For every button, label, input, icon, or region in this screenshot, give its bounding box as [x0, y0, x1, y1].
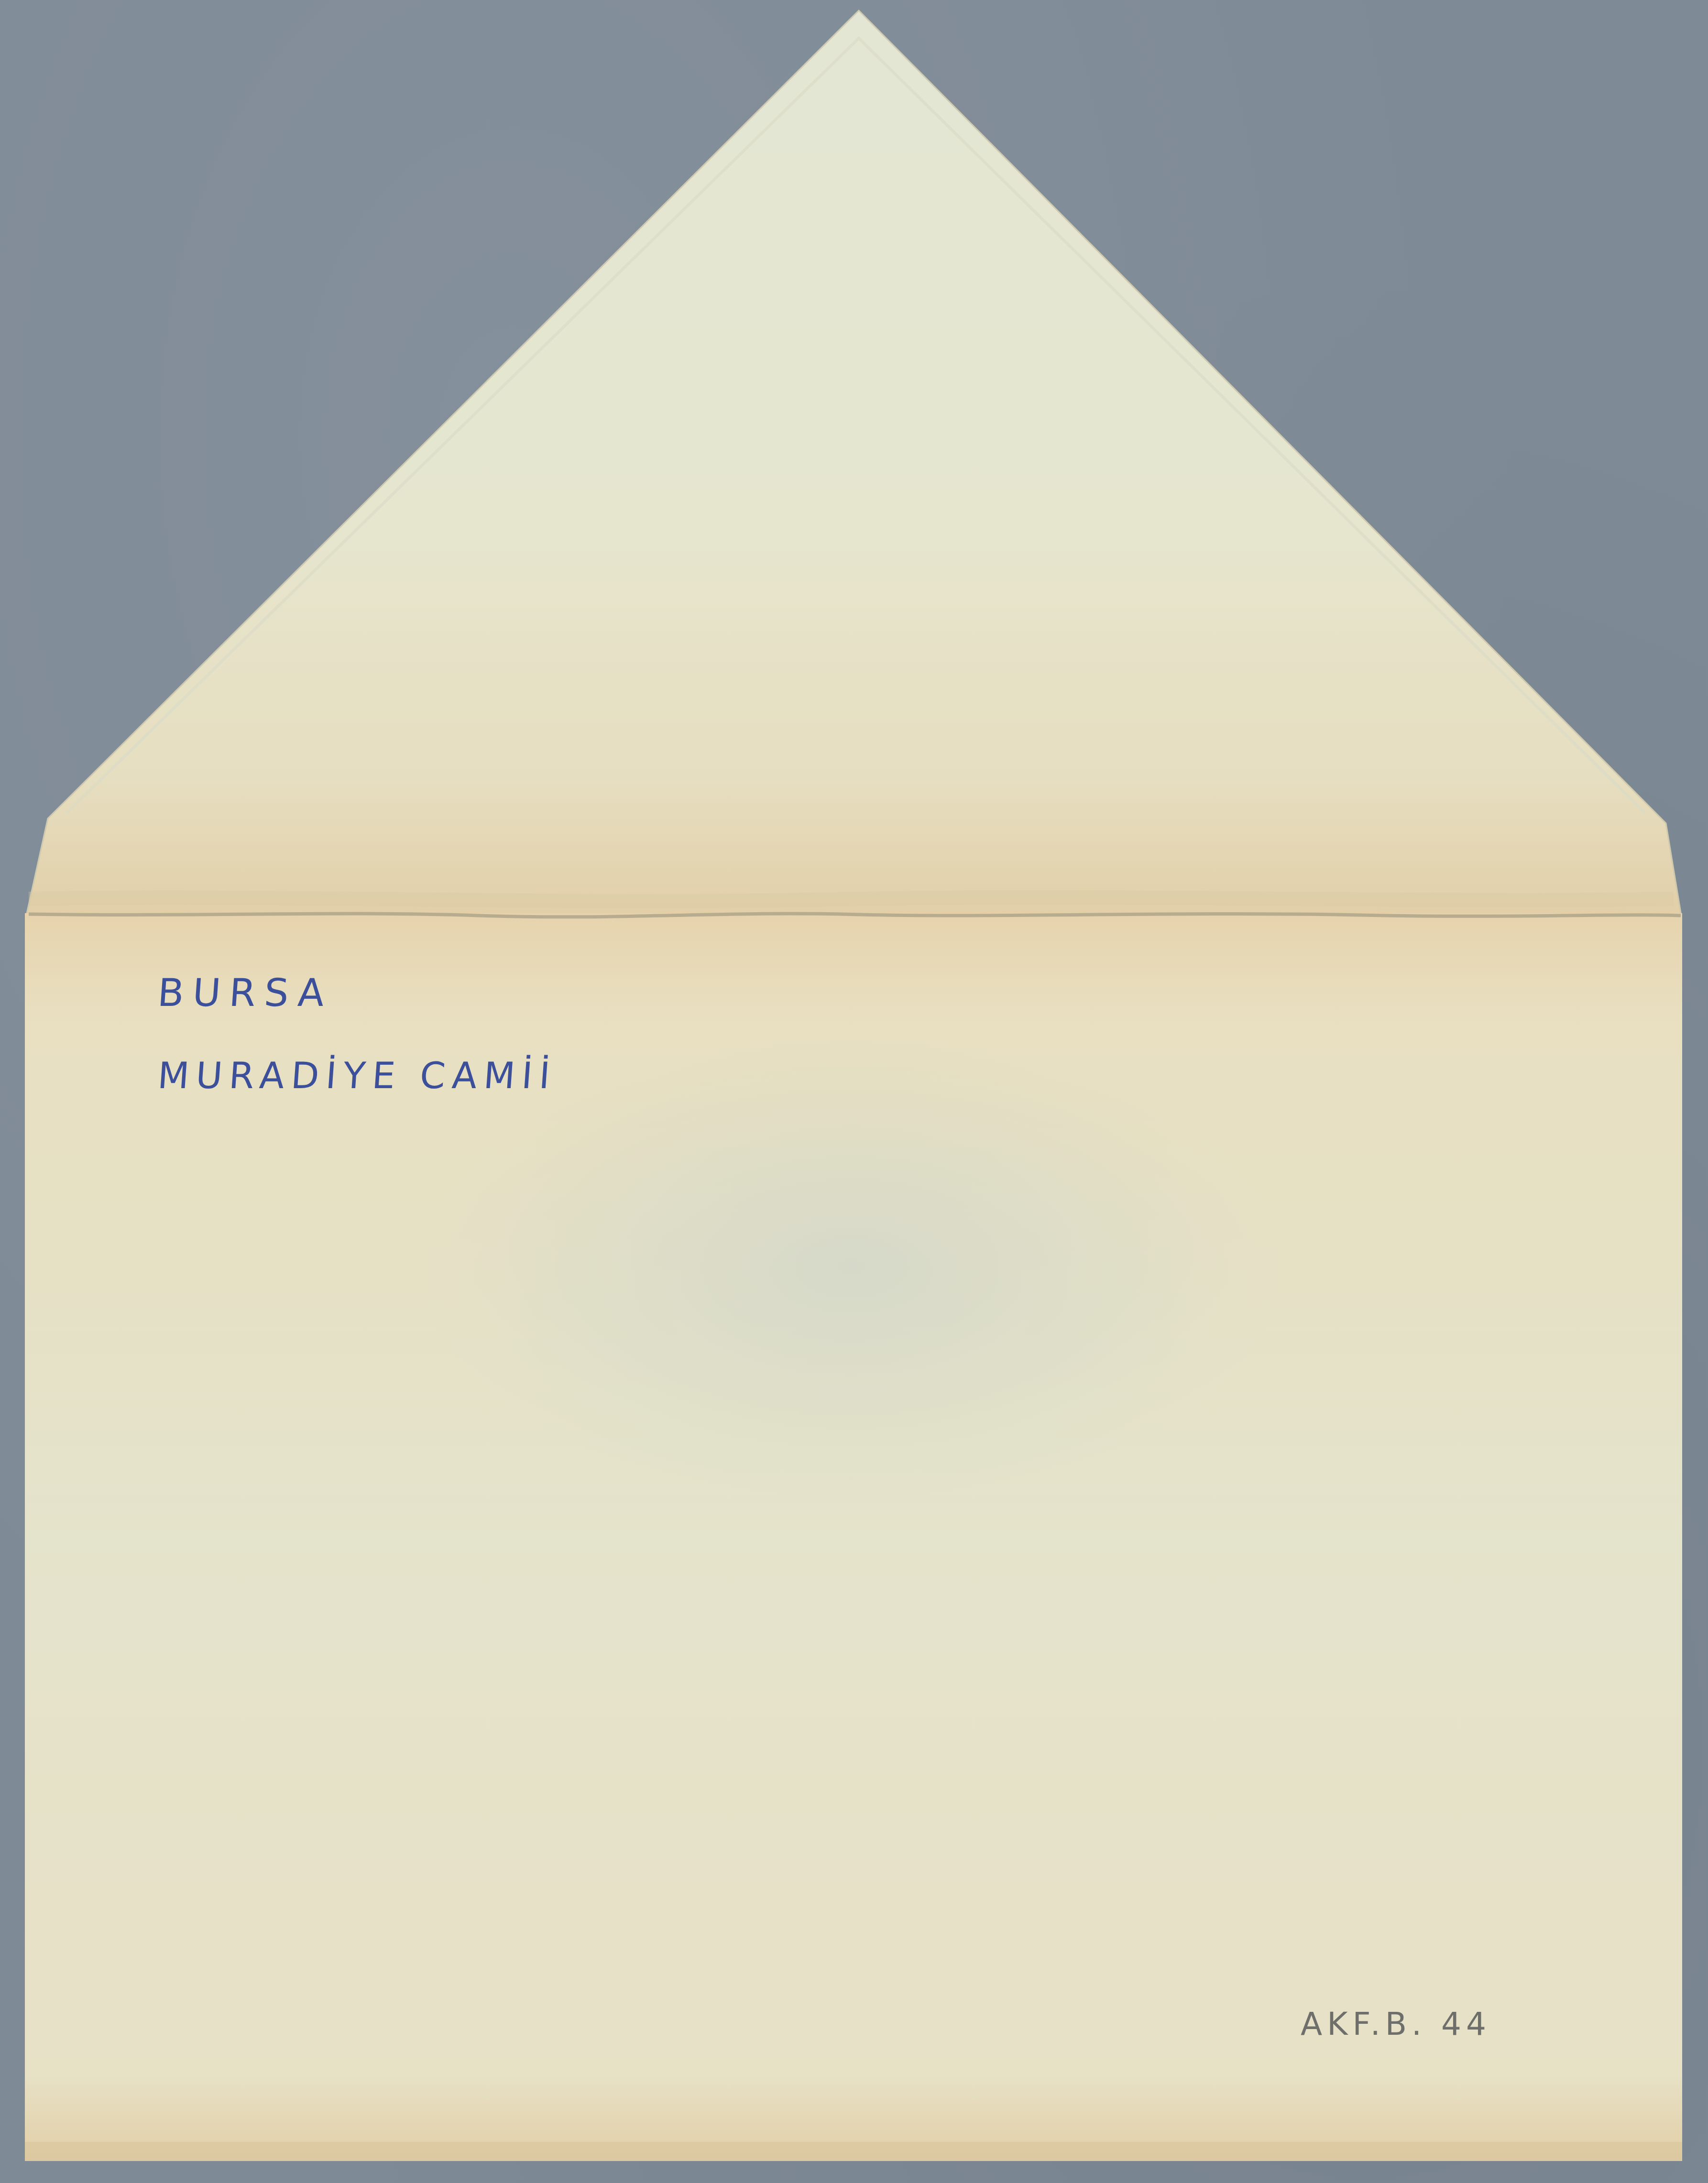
envelope-flap: [26, 11, 1681, 916]
catalog-number-label: AKF.B. 44: [1301, 2006, 1491, 2042]
handwritten-site-label: MURADİYE CAMİİ: [156, 1054, 558, 1097]
handwritten-city-label: BURSA: [156, 971, 335, 1015]
envelope-body: [25, 913, 1682, 2161]
